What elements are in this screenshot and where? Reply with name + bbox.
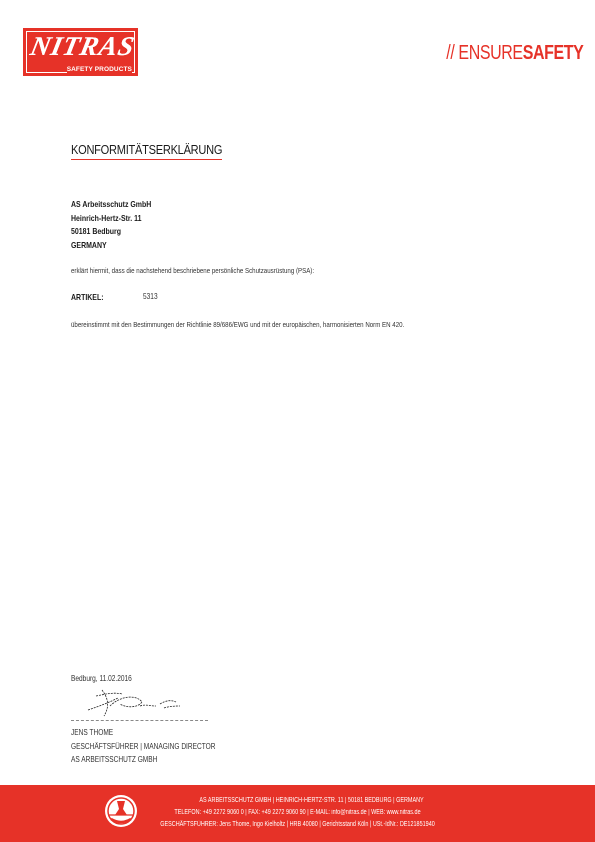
footer-contact: AS ARBEITSSCHUTZ GMBH | HEINRICH-HERTZ-S… bbox=[0, 795, 595, 831]
tagline-emphasis: SAFETY bbox=[522, 42, 583, 64]
signature-icon bbox=[80, 684, 190, 720]
signatory-company: AS ARBEITSSCHUTZ GMBH bbox=[71, 753, 215, 767]
address-line: GERMANY bbox=[71, 239, 151, 253]
footer-registration-line: GESCHÄFTSFÜHRER: Jens Thome, Ingo Kielho… bbox=[65, 819, 529, 831]
declaration-intro: erklärt hiermit, dass die nachstehend be… bbox=[71, 266, 314, 275]
address-line: Heinrich-Hertz-Str. 11 bbox=[71, 212, 151, 226]
article-label: ARTIKEL: bbox=[71, 292, 104, 302]
signatory-role: GESCHÄFTSFÜHRER | MANAGING DIRECTOR bbox=[71, 740, 215, 754]
title-underline bbox=[71, 159, 222, 160]
footer-address-line: AS ARBEITSSCHUTZ GMBH | HEINRICH-HERTZ-S… bbox=[65, 795, 529, 807]
logo-wordmark: NITRAS bbox=[28, 31, 138, 61]
address-line: AS Arbeitsschutz GmbH bbox=[71, 198, 151, 212]
footer-contact-line: TELEFON: +49 2272 9060 0 | FAX: +49 2272… bbox=[65, 807, 529, 819]
signatory-name: JENS THOME bbox=[71, 726, 215, 740]
conformity-statement: übereinstimmt mit den Bestimmungen der R… bbox=[71, 320, 404, 329]
address-line: 50181 Bedburg bbox=[71, 225, 151, 239]
signature-line bbox=[71, 720, 208, 721]
nitras-logo: NITRAS SAFETY PRODUCTS bbox=[23, 28, 138, 76]
company-address: AS Arbeitsschutz GmbH Heinrich-Hertz-Str… bbox=[71, 198, 151, 252]
tagline: // ENSURESAFETY bbox=[446, 42, 583, 65]
signatory-block: JENS THOME GESCHÄFTSFÜHRER | MANAGING DI… bbox=[71, 726, 215, 767]
tagline-prefix: // ENSURE bbox=[446, 42, 522, 64]
logo-subtitle: SAFETY PRODUCTS bbox=[67, 66, 132, 73]
place-date: Bedburg, 11.02.2016 bbox=[71, 674, 132, 683]
document-title: KONFORMITÄTSERKLÄRUNG bbox=[71, 142, 222, 157]
footer: AS ARBEITSSCHUTZ GMBH | HEINRICH-HERTZ-S… bbox=[0, 785, 595, 842]
article-value: 5313 bbox=[143, 292, 158, 301]
